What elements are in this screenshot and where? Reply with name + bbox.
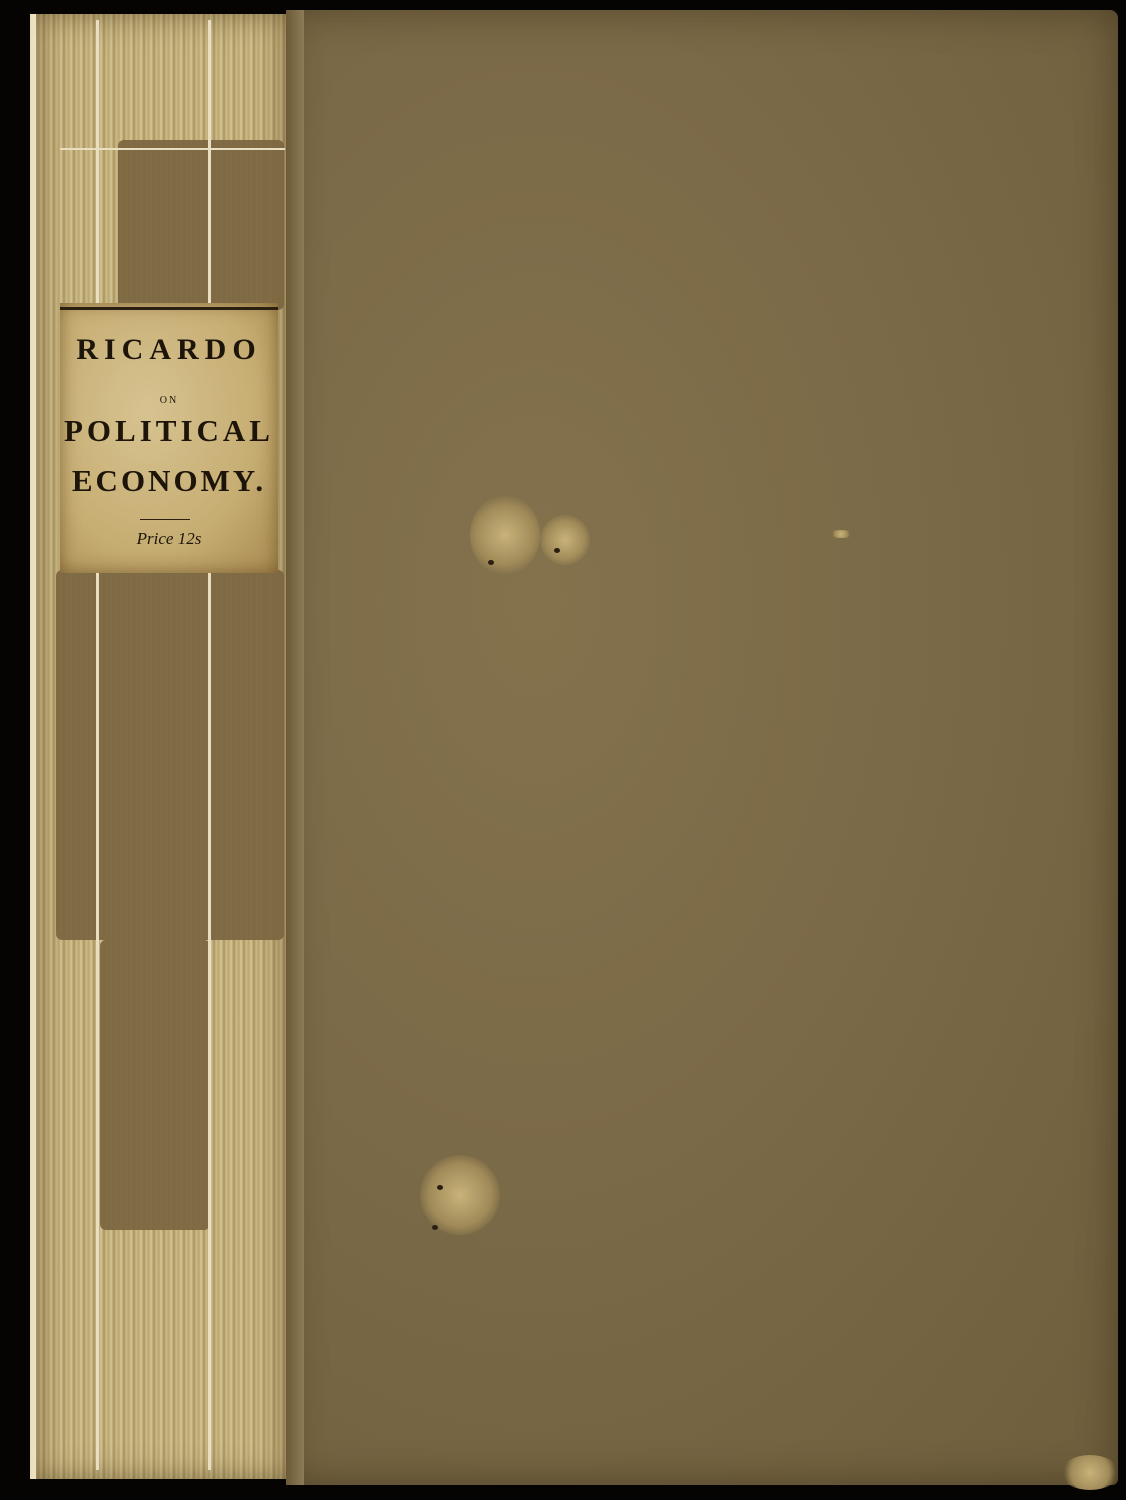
label-divider (140, 519, 190, 520)
spine-worn-patch (118, 140, 284, 310)
book-photo: RICARDO ON POLITICAL ECONOMY. Price 12s (0, 0, 1126, 1500)
cover-light-mark (830, 530, 852, 538)
binding-cord (96, 20, 99, 1470)
spine-worn-patch (100, 940, 210, 1230)
corner-wear (1060, 1455, 1120, 1490)
label-on: ON (60, 395, 278, 406)
binding-cord (208, 20, 211, 1470)
cover-hole (437, 1185, 443, 1190)
cover-damage-spot (470, 495, 540, 575)
cover-hinge (286, 10, 304, 1485)
cover-hole (488, 560, 494, 565)
label-title-1: POLITICAL (60, 413, 278, 449)
spine-label: RICARDO ON POLITICAL ECONOMY. Price 12s (60, 303, 278, 573)
label-price: Price 12s (60, 529, 278, 549)
front-cover (286, 10, 1118, 1485)
label-rule (60, 307, 278, 310)
spine-worn-patch (56, 570, 284, 940)
label-title-2: ECONOMY. (60, 463, 278, 499)
cover-damage-spot (540, 515, 590, 565)
label-author: RICARDO (60, 333, 278, 367)
cover-hole (554, 548, 560, 553)
cover-damage-spot (420, 1155, 500, 1235)
binding-cord (60, 148, 285, 150)
cover-hole (432, 1225, 438, 1230)
